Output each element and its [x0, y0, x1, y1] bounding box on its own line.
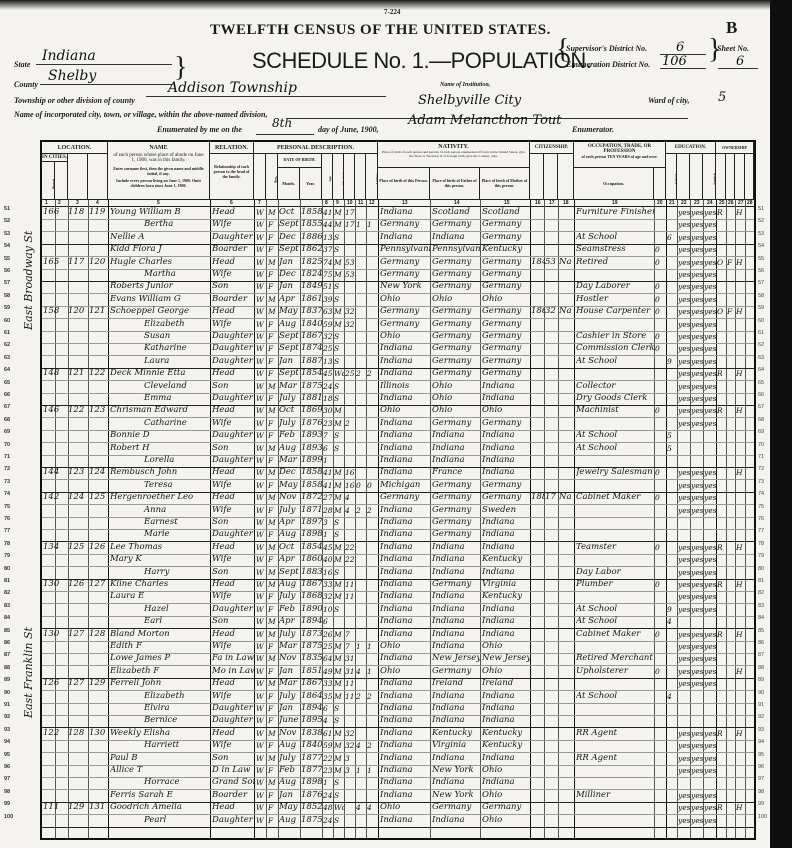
line-number: 52: [4, 218, 10, 224]
cell-pob: Indiana: [380, 442, 430, 455]
cell-read: yes: [678, 342, 690, 355]
cell-dwelling: 146: [43, 404, 69, 417]
line-number: 75: [4, 504, 10, 510]
column-number: 1: [45, 200, 48, 206]
line-number-right: 96: [758, 764, 764, 770]
cell-write: yes: [691, 293, 703, 306]
cell-pobf: Indiana: [432, 714, 480, 727]
cell-name: Laura E: [110, 590, 210, 603]
county-value: Shelby: [48, 68, 96, 84]
line-number-right: 73: [758, 479, 764, 485]
cell-write: yes: [691, 380, 703, 393]
column-number: 13: [402, 200, 408, 206]
cell-name: Paul B: [110, 752, 210, 765]
cell-ym: 4: [345, 491, 355, 504]
cell-write: yes: [691, 566, 703, 579]
cell-yrs: 53: [545, 256, 559, 269]
cell-write: yes: [691, 355, 703, 368]
scan-border: [770, 0, 792, 848]
cell-year: 1825: [301, 256, 322, 269]
header-location: LOCATION.: [42, 142, 108, 154]
cell-month: Jan: [279, 256, 300, 269]
cell-sex: F: [268, 429, 278, 442]
line-number-right: 97: [758, 776, 764, 782]
cell-pob: Indiana: [380, 454, 430, 467]
column-number: 17: [549, 200, 555, 206]
cell-color: W: [256, 231, 266, 244]
cell-pob: Indiana: [380, 690, 430, 703]
cell-pobf: Germany: [432, 305, 480, 318]
city-value: Shelbyville City: [418, 93, 521, 108]
cell-year: 1897: [301, 516, 322, 529]
enumerator-label: Enumerator.: [572, 125, 614, 134]
line-number-right: 51: [758, 206, 764, 212]
cell-age: 41: [323, 466, 333, 479]
cell-read: yes: [678, 392, 690, 405]
cell-read: yes: [678, 590, 690, 603]
table-row: PearlDaughterWFAug187524SIndianaIndianaO…: [42, 814, 754, 828]
cell-marital: M: [334, 218, 344, 231]
line-number-right: 52: [758, 218, 764, 224]
cell-age: 6: [323, 615, 333, 628]
cell-marital: M: [334, 491, 344, 504]
cell-color: W: [256, 714, 266, 727]
cell-family: 126: [89, 541, 108, 554]
cell-write: yes: [691, 628, 703, 641]
cell-relation: D in Law: [212, 764, 254, 777]
cell-age: 74: [323, 256, 333, 269]
cell-read: yes: [678, 665, 690, 678]
column-number: 9: [336, 200, 339, 206]
cell-color: W: [256, 268, 266, 281]
cell-eng: yes: [704, 752, 716, 765]
cell-age: 35: [323, 690, 333, 703]
cell-ym: 11: [345, 578, 355, 591]
cell-month: Apr: [279, 553, 300, 566]
cell-own: R: [717, 578, 726, 591]
header-months-unemployed: Unemployed: [654, 168, 666, 200]
cell-farm: H: [736, 466, 745, 479]
cell-marital: M: [334, 590, 344, 603]
cell-marital: M: [334, 764, 344, 777]
cell-eng: yes: [704, 652, 716, 665]
cell-month: July: [279, 752, 300, 765]
cell-year: 1893: [301, 429, 322, 442]
column-number: 21: [669, 200, 675, 206]
cell-sex: F: [268, 318, 278, 331]
cell-color: W: [256, 814, 266, 827]
cell-marital: M: [334, 479, 344, 492]
cell-eng: yes: [704, 268, 716, 281]
cell-own: R: [717, 367, 726, 380]
cell-color: W: [256, 479, 266, 492]
line-number: 55: [4, 256, 10, 262]
cell-marital: M: [334, 256, 344, 269]
cell-read: yes: [678, 218, 690, 231]
cell-read: yes: [678, 231, 690, 244]
supervisor-label: Supervisor's District No.: [566, 44, 647, 53]
cell-family: 124: [89, 466, 108, 479]
cell-pobf: New York: [432, 764, 480, 777]
cell-eng: yes: [704, 566, 716, 579]
census-sheet: 7-224 TWELFTH CENSUS OF THE UNITED STATE…: [0, 0, 770, 848]
cell-year: 1875: [301, 380, 322, 393]
cell-read: yes: [678, 330, 690, 343]
cell-write: yes: [691, 417, 703, 430]
cell-read: yes: [678, 256, 690, 269]
cell-marital: M: [334, 268, 344, 281]
cell-marital: M: [334, 739, 344, 752]
cell-marital: M: [334, 690, 344, 703]
cell-color: W: [256, 367, 266, 380]
cell-pobf: Indiana: [432, 442, 480, 455]
cell-marital: M: [334, 541, 344, 554]
cell-own: R: [717, 404, 726, 417]
cell-pobm: Germany: [482, 330, 530, 343]
cell-eng: yes: [704, 665, 716, 678]
cell-pobf: Germany: [432, 516, 480, 529]
cell-age: 1: [323, 776, 333, 789]
header-education: EDUCATION.: [666, 142, 716, 154]
cell-color: W: [256, 305, 266, 318]
cell-write: yes: [691, 727, 703, 740]
cell-house: 117: [68, 256, 88, 269]
cell-marital: S: [334, 714, 344, 727]
line-number: 95: [4, 752, 10, 758]
cell-age: 48: [323, 801, 333, 814]
cell-year: 1867: [301, 578, 322, 591]
cell-pobf: Indiana: [432, 628, 480, 641]
line-number: 61: [4, 330, 10, 336]
header-month: Month.: [278, 168, 300, 200]
cell-marital: S: [334, 342, 344, 355]
cell-ym: 22: [345, 541, 355, 554]
cell-read: yes: [678, 764, 690, 777]
cell-pob: Indiana: [380, 466, 430, 479]
header-personal: PERSONAL DESCRIPTION.: [254, 142, 378, 154]
cell-write: yes: [691, 206, 703, 219]
cell-month: Aug: [279, 739, 300, 752]
cell-pobf: Germany: [432, 665, 480, 678]
cell-pob: Germany: [380, 491, 430, 504]
cell-cl: 2: [367, 367, 377, 380]
line-number: 87: [4, 652, 10, 658]
cell-eng: yes: [704, 801, 716, 814]
cell-relation: Head: [212, 491, 254, 504]
cell-eng: yes: [704, 628, 716, 641]
cell-ym: 4: [345, 504, 355, 517]
cell-color: W: [256, 702, 266, 715]
line-number: 68: [4, 417, 10, 423]
column-number: 15: [504, 200, 510, 206]
cell-house: 125: [68, 541, 88, 554]
cell-age: 6: [323, 442, 333, 455]
line-number: 53: [4, 231, 10, 237]
cell-eng: yes: [704, 814, 716, 827]
cell-pobf: Germany: [432, 367, 480, 380]
cell-occ: Collector: [576, 380, 654, 393]
cell-pobm: Germany: [482, 231, 530, 244]
header-name: NAME of each person whose place of abode…: [108, 142, 210, 200]
line-number: 57: [4, 280, 10, 286]
cell-year: 1854: [301, 541, 322, 554]
cell-pobf: Scotland: [432, 206, 480, 219]
cell-pobm: Indiana: [482, 392, 530, 405]
header-occupation: OCCUPATION, TRADE, OR PROFESSION of each…: [574, 142, 666, 168]
cell-read: yes: [678, 504, 690, 517]
cell-age: 37: [323, 243, 333, 256]
cell-own: R: [717, 206, 726, 219]
cell-pob: Germany: [380, 268, 430, 281]
cell-cl: 4: [367, 801, 377, 814]
line-number-right: 76: [758, 516, 764, 522]
cell-name: Kidd Flora J: [110, 243, 210, 256]
cell-pob: Indiana: [380, 429, 430, 442]
cell-age: 25: [323, 342, 333, 355]
cell-occ: Furniture Finisher: [576, 206, 654, 219]
cell-year: 1824: [301, 268, 322, 281]
cell-occ: House Carpenter: [576, 305, 654, 318]
cell-unemp: 0: [655, 541, 665, 554]
cell-ym: 16: [345, 466, 355, 479]
cell-year: 1851: [301, 665, 322, 678]
cell-pobf: France: [432, 466, 480, 479]
cell-sex: F: [268, 231, 278, 244]
cell-ym: 11: [345, 677, 355, 690]
cell-pob: Indiana: [380, 776, 430, 789]
cell-write: yes: [691, 305, 703, 318]
line-number: 94: [4, 739, 10, 745]
cell-read: yes: [678, 466, 690, 479]
cell-marital: M: [334, 628, 344, 641]
header-pob-mother: Place of birth of Mother of this person.: [480, 168, 530, 200]
cell-year: 1876: [301, 417, 322, 430]
header-children-living: Living: [366, 154, 378, 200]
cell-relation: Son: [212, 566, 254, 579]
cell-color: W: [256, 318, 266, 331]
cell-sex: M: [268, 752, 278, 765]
cell-marital: M: [334, 404, 344, 417]
cell-eng: yes: [704, 541, 716, 554]
cell-color: W: [256, 628, 266, 641]
cell-year: 1899: [301, 454, 322, 467]
header-color: Color or race.: [254, 154, 266, 200]
header-farm-schedule: Farm sch.: [745, 154, 754, 200]
cell-pobf: Germany: [432, 268, 480, 281]
cell-occ: At School: [576, 615, 654, 628]
cell-marital: M: [334, 665, 344, 678]
cell-pob: Indiana: [380, 367, 430, 380]
line-number-right: 62: [758, 342, 764, 348]
cell-sex: M: [268, 256, 278, 269]
cell-month: Dec: [279, 268, 300, 281]
enumerated-label: Enumerated by me on the: [157, 125, 242, 134]
cell-name: Mary K: [110, 553, 210, 566]
cell-write: yes: [691, 752, 703, 765]
cell-sex: F: [268, 603, 278, 616]
cell-write: yes: [691, 789, 703, 802]
line-number-right: 59: [758, 305, 764, 311]
cell-sex: F: [268, 280, 278, 293]
cell-year: 1876: [301, 789, 322, 802]
cell-family: 131: [89, 801, 108, 814]
cell-marital: M: [334, 318, 344, 331]
cell-month: Aug: [279, 814, 300, 827]
cell-unemp: 0: [655, 342, 665, 355]
cell-pob: Indiana: [380, 206, 430, 219]
cell-marital: M: [334, 206, 344, 219]
cell-month: Sept: [279, 330, 300, 343]
line-number-right: 89: [758, 677, 764, 683]
cell-pobm: Indiana: [482, 429, 530, 442]
cell-name: Hergenroether Leo: [110, 491, 210, 504]
cell-pob: Indiana: [380, 392, 430, 405]
cell-farm: H: [736, 801, 745, 814]
cell-eng: yes: [704, 466, 716, 479]
cell-occ: Cabinet Maker: [576, 491, 654, 504]
cell-color: W: [256, 665, 266, 678]
cell-year: 1855: [301, 218, 322, 231]
cell-cl: 1: [367, 764, 377, 777]
line-number: 70: [4, 442, 10, 448]
cell-month: July: [279, 590, 300, 603]
cell-occ: At School: [576, 442, 654, 455]
cell-color: W: [256, 752, 266, 765]
cell-own: R: [717, 727, 726, 740]
line-number: 86: [4, 640, 10, 646]
cell-name: Edith F: [110, 640, 210, 653]
cell-read: yes: [678, 380, 690, 393]
line-number: 96: [4, 764, 10, 770]
cell-mc: 0: [356, 479, 366, 492]
cell-sex: F: [268, 665, 278, 678]
cell-eng: yes: [704, 789, 716, 802]
cell-family: 123: [89, 404, 108, 417]
cell-sch: 9: [667, 603, 677, 616]
cell-ym: 7: [345, 628, 355, 641]
cell-write: yes: [691, 218, 703, 231]
line-number: 73: [4, 479, 10, 485]
line-number: 51: [4, 206, 10, 212]
cell-pob: Indiana: [380, 553, 430, 566]
header-dwelling-number: Number of dwelling: [68, 154, 88, 200]
cell-marital: M: [334, 466, 344, 479]
cell-eng: yes: [704, 280, 716, 293]
cell-write: yes: [691, 504, 703, 517]
cell-sex: M: [268, 206, 278, 219]
cell-relation: Wife: [212, 590, 254, 603]
cell-house: 120: [68, 305, 88, 318]
enumeration-value: 106: [662, 54, 687, 69]
cell-sex: M: [268, 615, 278, 628]
cell-month: Apr: [279, 516, 300, 529]
cell-pob: Germany: [380, 256, 430, 269]
cell-eng: yes: [704, 504, 716, 517]
cell-color: W: [256, 466, 266, 479]
cell-sex: M: [268, 578, 278, 591]
cell-sex: M: [268, 541, 278, 554]
cell-house: 126: [68, 578, 88, 591]
cell-sex: F: [268, 330, 278, 343]
cell-occ: At School: [576, 355, 654, 368]
cell-pobm: Virginia: [482, 578, 530, 591]
cell-house: 124: [68, 491, 88, 504]
cell-pob: Illinois: [380, 380, 430, 393]
line-number-right: 63: [758, 355, 764, 361]
cell-imm: 1847: [531, 256, 545, 269]
cell-age: 32: [323, 590, 333, 603]
line-number: 93: [4, 727, 10, 733]
cell-yrs: 32: [545, 305, 559, 318]
cell-sch: 5: [667, 442, 677, 455]
cell-pobm: Indiana: [482, 603, 530, 616]
cell-pob: Indiana: [380, 789, 430, 802]
cell-year: 1890: [301, 603, 322, 616]
cell-marital: S: [334, 442, 344, 455]
cell-age: 75: [323, 268, 333, 281]
cell-eng: yes: [704, 479, 716, 492]
cell-pobm: Germany: [482, 801, 530, 814]
line-number-right: 86: [758, 640, 764, 646]
cell-year: 1875: [301, 640, 322, 653]
township-label: Township or other division of county: [14, 96, 135, 105]
cell-relation: Wife: [212, 417, 254, 430]
cell-color: W: [256, 776, 266, 789]
cell-pobm: Ireland: [482, 677, 530, 690]
cell-year: 1862: [301, 243, 322, 256]
cell-age: 3: [323, 516, 333, 529]
cell-farm: H: [736, 628, 745, 641]
column-number: 22: [681, 200, 687, 206]
cell-color: W: [256, 380, 266, 393]
line-number: 60: [4, 318, 10, 324]
cell-sex: F: [268, 690, 278, 703]
cell-pobm: Germany: [482, 342, 530, 355]
cell-pob: Indiana: [380, 677, 430, 690]
line-number-right: 70: [758, 442, 764, 448]
cell-color: W: [256, 293, 266, 306]
cell-ym: 17: [345, 206, 355, 219]
cell-write: yes: [691, 640, 703, 653]
cell-occ: Jewelry Salesman: [576, 466, 654, 479]
cell-color: W: [256, 206, 266, 219]
cell-unemp: 0: [655, 256, 665, 269]
cell-sex: F: [268, 590, 278, 603]
cell-relation: Wife: [212, 739, 254, 752]
cell-relation: Head: [212, 578, 254, 591]
cell-read: yes: [678, 566, 690, 579]
cell-write: yes: [691, 553, 703, 566]
cell-ym: 3: [345, 752, 355, 765]
cell-pobm: Germany: [482, 367, 530, 380]
cell-dwelling: 144: [43, 466, 69, 479]
cell-ym: 25: [345, 367, 355, 380]
header-relation-desc: Relationship of each person to the head …: [210, 154, 254, 200]
cell-read: yes: [678, 789, 690, 802]
line-number: 84: [4, 615, 10, 621]
cell-eng: yes: [704, 417, 716, 430]
cell-marital: S: [334, 243, 344, 256]
line-number: 59: [4, 305, 10, 311]
cell-relation: Daughter: [212, 392, 254, 405]
cell-year: 1867: [301, 330, 322, 343]
line-number-right: 67: [758, 404, 764, 410]
column-number: 19: [612, 200, 618, 206]
cell-write: yes: [691, 491, 703, 504]
cell-write: yes: [691, 256, 703, 269]
cell-name: Goodrich Amelia: [110, 801, 210, 814]
cell-name: Elizabeth F: [110, 665, 210, 678]
